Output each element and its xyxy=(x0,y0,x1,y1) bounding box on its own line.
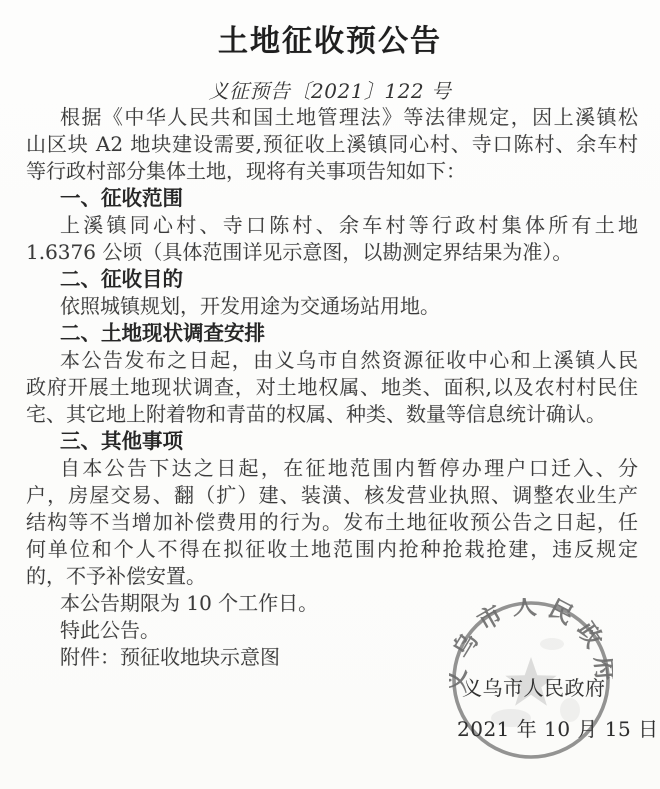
document-body: 根据《中华人民共和国土地管理法》等法律规定，因上溪镇松 山区块 A2 地块建设需… xyxy=(26,104,638,671)
body-line: 的，不予补偿安置。 xyxy=(26,563,638,590)
body-line: 1.6376 公顷（具体范围详见示意图，以勘测定界结果为准）。 xyxy=(26,239,638,266)
section-heading: 二、土地现状调查安排 xyxy=(26,320,638,347)
body-line: 结构等不当增加补偿费用的行为。发布土地征收预公告之日起，任 xyxy=(26,509,638,536)
body-line: 户，房屋交易、翻（扩）建、装潢、核发营业执照、调整农业生产 xyxy=(26,482,638,509)
document-number: 义征预告〔2021〕122 号 xyxy=(0,75,660,104)
section-heading: 一、征收范围 xyxy=(26,185,638,212)
body-line: 依照城镇规划，开发用途为交通场站用地。 xyxy=(26,293,638,320)
issue-date: 2021 年 10 月 15 日 xyxy=(457,713,659,742)
body-line: 何单位和个人不得在拟征收土地范围内抢种抢栽抢建，违反规定 xyxy=(26,536,638,563)
section-heading: 三、其他事项 xyxy=(26,428,638,455)
document-title: 土地征收预公告 xyxy=(0,0,660,60)
body-line: 山区块 A2 地块建设需要,预征收上溪镇同心村、寺口陈村、余车村 xyxy=(26,131,638,158)
body-line: 宅、其它地上附着物和青苗的权属、种类、数量等信息统计确认。 xyxy=(26,401,638,428)
signature-issuer: 义乌市人民政府 xyxy=(462,672,606,701)
body-line: 等行政村部分集体土地，现将有关事项告知如下： xyxy=(26,158,638,185)
body-line: 政府开展土地现状调查，对土地权属、地类、面积,以及农村村民住 xyxy=(26,374,638,401)
body-line: 本公告发布之日起，由义乌市自然资源征收中心和上溪镇人民 xyxy=(26,347,638,374)
seal-smudge xyxy=(540,638,564,650)
section-heading: 二、征收目的 xyxy=(26,266,638,293)
announcement-page: 土地征收预公告 义征预告〔2021〕122 号 根据《中华人民共和国土地管理法》… xyxy=(0,0,660,789)
body-line: 上溪镇同心村、寺口陈村、余车村等行政村集体所有土地 xyxy=(26,212,638,239)
body-line: 自本公告下达之日起，在征地范围内暂停办理户口迁入、分 xyxy=(26,455,638,482)
body-line: 根据《中华人民共和国土地管理法》等法律规定，因上溪镇松 xyxy=(26,104,638,131)
